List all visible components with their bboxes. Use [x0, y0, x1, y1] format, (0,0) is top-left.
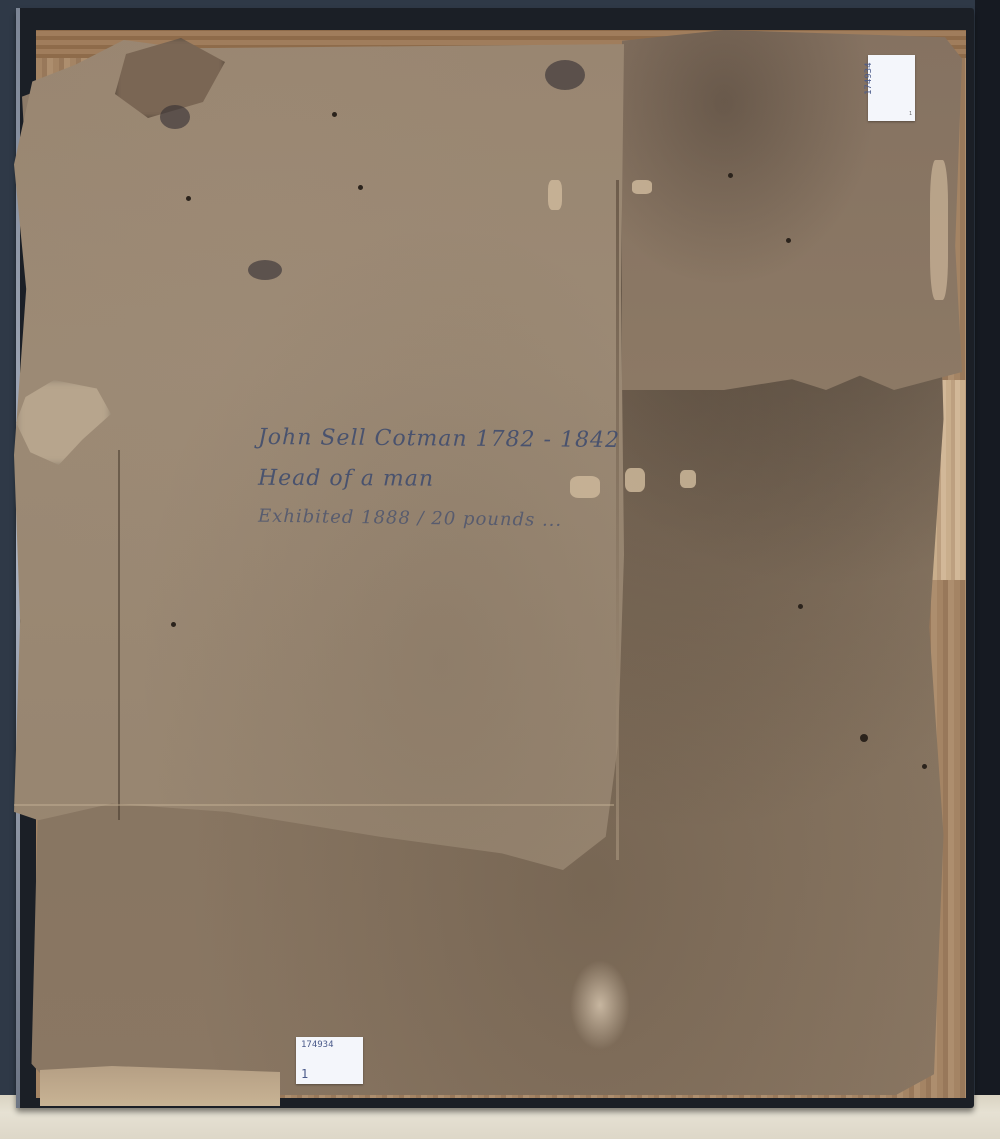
stain-spot: [248, 260, 282, 280]
nail-hole: [171, 622, 176, 627]
inscription-title: Head of a man: [258, 459, 738, 502]
inscription-exhibition: Exhibited 1888 / 20 pounds ...: [258, 497, 739, 544]
nail-hole: [186, 196, 191, 201]
nail-hole: [786, 238, 791, 243]
nail-hole: [798, 604, 803, 609]
paper-crease-horizontal: [14, 804, 614, 806]
inventory-number: 174934: [301, 1040, 334, 1050]
inventory-label-bottom: 174934 1: [296, 1037, 363, 1084]
torn-paper-strip: [930, 160, 948, 300]
torn-paper-patch: [548, 180, 562, 210]
paper-crease-left: [118, 450, 120, 820]
handwritten-inscription: John Sell Cotman 1782 - 1842 Head of a m…: [258, 420, 738, 540]
inventory-sub: 1: [909, 111, 912, 117]
inventory-sub: 1: [301, 1067, 308, 1081]
nail-hole: [358, 185, 363, 190]
torn-paper-patch: [632, 180, 652, 194]
dark-background-edge: [975, 0, 1000, 1095]
nail-hole: [332, 112, 337, 117]
inventory-label-top: 174934 1: [868, 55, 915, 121]
exposed-wood-bottom: [40, 1066, 280, 1106]
nail-hole: [922, 764, 927, 769]
stain-spot: [545, 60, 585, 90]
nail-hole: [860, 734, 868, 742]
inventory-number: 174934: [864, 62, 874, 95]
stain-spot: [160, 105, 190, 129]
worn-light-area: [570, 960, 630, 1050]
inscription-artist: John Sell Cotman 1782 - 1842: [258, 418, 738, 462]
nail-hole: [728, 173, 733, 178]
